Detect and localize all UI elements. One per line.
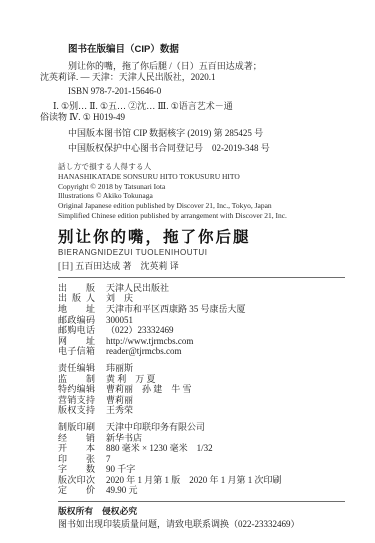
info-row: 邮政编码300051 <box>58 315 347 326</box>
info-label: 特约编辑 <box>58 384 95 395</box>
divider-bottom <box>58 501 345 502</box>
info-row: 版次印次2020 年 1 月第 1 版 2020 年 1 月第 1 次印刷 <box>58 475 347 486</box>
info-label: 字数 <box>58 464 95 475</box>
info-label: 制版印刷 <box>58 422 95 433</box>
quality-notice: 图书如出现印装质量问题，请致电联系调换（022-23332469） <box>58 519 347 531</box>
book-title-pinyin: BIERANGNIDEZUI TUOLENIHOUTUI <box>58 248 347 258</box>
info-row: 制版印刷天津中印联印务有限公司 <box>58 422 347 433</box>
info-value: 天津中印联印务有限公司 <box>106 422 205 432</box>
info-row: 网址http://www.tjrmcbs.com <box>58 336 347 347</box>
info-value: 新华书店 <box>106 433 142 443</box>
info-row: 出版天津人民出版社 <box>58 283 347 294</box>
info-row: 印张7 <box>58 454 347 465</box>
info-label: 营销支持 <box>58 395 95 406</box>
info-value: 天津人民出版社 <box>106 283 169 293</box>
info-row: 责任编辑玮丽斯 <box>58 363 347 374</box>
divider-top <box>58 277 345 278</box>
footer-block: 版权所有 侵权必究 图书如出现印装质量问题，请致电联系调换（022-233324… <box>58 506 347 530</box>
info-row: 营销支持曹莉丽 <box>58 395 347 406</box>
cip-classification: Ⅰ. ①别… Ⅱ. ①五… ②沈… Ⅲ. ①语言艺术－通 俗读物 Ⅳ. ① H0… <box>40 101 347 123</box>
author-translator-byline: [日] 五百田达成 著 沈英莉 译 <box>58 261 347 272</box>
info-value: 300051 <box>106 315 133 325</box>
info-label: 经销 <box>58 433 95 444</box>
info-value: 7 <box>106 454 111 464</box>
info-value: 刘 庆 <box>106 293 133 303</box>
staff-info-list: 责任编辑玮丽斯 监制黄 利 万 夏 特约编辑曹莉丽 孙 建 牛 雪 营销支持曹莉… <box>58 363 347 416</box>
info-label: 印张 <box>58 454 95 465</box>
info-row: 定价49.90 元 <box>58 485 347 496</box>
copyright-line: Copyright © 2018 by Tatsunari Iota <box>58 182 347 192</box>
info-row: 字数90 千字 <box>58 464 347 475</box>
info-value: 880 毫米 × 1230 毫米 1/32 <box>106 443 213 453</box>
info-value: 2020 年 1 月第 1 版 2020 年 1 月第 1 次印刷 <box>106 475 282 485</box>
info-label: 邮政编码 <box>58 315 95 326</box>
title-block: 别让你的嘴，拖了你后腿 BIERANGNIDEZUI TUOLENIHOUTUI… <box>58 229 347 272</box>
info-label: 责任编辑 <box>58 363 95 374</box>
info-value: 曹莉丽 <box>106 395 133 405</box>
copyright-line: 話し方で損する人得する人 <box>58 162 347 172</box>
cip-block: 图书在版编目（CIP）数据 别让你的嘴，拖了你后腿 /（日）五百田达成著； 沈英… <box>40 44 347 154</box>
info-label: 开本 <box>58 443 95 454</box>
info-row: 地址天津市和平区西康路 35 号康岳大厦 <box>58 304 347 315</box>
info-label: 地址 <box>58 304 95 315</box>
info-row: 经销新华书店 <box>58 433 347 444</box>
info-value: 王秀荣 <box>106 405 133 415</box>
info-label: 出版 <box>58 283 95 294</box>
copyright-line: HANASHIKATADE SONSURU HITO TOKUSURU HITO <box>58 172 347 182</box>
cip-heading: 图书在版编目（CIP）数据 <box>68 44 347 55</box>
cip-description-line1: 别让你的嘴，拖了你后腿 /（日）五百田达成著； <box>68 61 347 72</box>
info-row: 特约编辑曹莉丽 孙 建 牛 雪 <box>58 384 347 395</box>
info-row: 电子信箱reader@tjrmcbs.com <box>58 346 347 357</box>
book-title: 别让你的嘴，拖了你后腿 <box>58 229 347 247</box>
info-value: 天津市和平区西康路 35 号康岳大厦 <box>106 304 246 314</box>
isbn-line: ISBN 978-7-201-15646-0 <box>68 86 347 97</box>
info-value: 黄 利 万 夏 <box>106 374 156 384</box>
info-value: 玮丽斯 <box>106 363 133 373</box>
info-label: 电子信箱 <box>58 346 95 357</box>
info-value: （022）23332469 <box>106 325 174 335</box>
info-row: 版权支持王秀荣 <box>58 405 347 416</box>
info-row: 监制黄 利 万 夏 <box>58 374 347 385</box>
info-label: 邮购电话 <box>58 325 95 336</box>
cip-description-line2: 沈英莉译. — 天津：天津人民出版社，2020.1 <box>40 72 347 83</box>
book-copyright-page: 图书在版编目（CIP）数据 别让你的嘴，拖了你后腿 /（日）五百田达成著； 沈英… <box>0 0 375 543</box>
info-label: 监制 <box>58 374 95 385</box>
info-label: 版次印次 <box>58 475 95 486</box>
info-value: reader@tjrmcbs.com <box>106 346 182 356</box>
info-value: http://www.tjrmcbs.com <box>106 336 193 346</box>
info-row: 出版人刘 庆 <box>58 293 347 304</box>
info-label: 出版人 <box>58 293 95 304</box>
cip-classification-line1: Ⅰ. ①别… Ⅱ. ①五… ②沈… Ⅲ. ①语言艺术－通 <box>53 101 347 112</box>
info-value: 49.90 元 <box>106 485 138 495</box>
cip-description: 别让你的嘴，拖了你后腿 /（日）五百田达成著； 沈英莉译. — 天津：天津人民出… <box>40 61 347 83</box>
cip-classification-line2: 俗读物 Ⅳ. ① H019-49 <box>40 112 347 123</box>
production-info-list: 制版印刷天津中印联印务有限公司 经销新华书店 开本880 毫米 × 1230 毫… <box>58 422 347 496</box>
info-label: 网址 <box>58 336 95 347</box>
info-label: 版权支持 <box>58 405 95 416</box>
info-label: 定价 <box>58 485 95 496</box>
info-value: 曹莉丽 孙 建 牛 雪 <box>106 384 192 394</box>
publication-info-list: 出版天津人民出版社 出版人刘 庆 地址天津市和平区西康路 35 号康岳大厦 邮政… <box>58 283 347 357</box>
copyright-registration-number: 中国版权保护中心图书合同登记号 02-2019-348 号 <box>68 143 347 154</box>
cip-record-number: 中国版本图书馆 CIP 数据核字 (2019) 第 285425 号 <box>68 128 347 139</box>
rights-statement: 版权所有 侵权必究 <box>58 506 347 518</box>
info-value: 90 千字 <box>106 464 135 474</box>
original-copyright-block: 話し方で損する人得する人 HANASHIKATADE SONSURU HITO … <box>58 162 347 221</box>
copyright-line: Illustrations © Akiko Tokunaga <box>58 191 347 201</box>
info-row: 开本880 毫米 × 1230 毫米 1/32 <box>58 443 347 454</box>
info-row: 邮购电话（022）23332469 <box>58 325 347 336</box>
copyright-line: Original Japanese edition published by D… <box>58 201 347 211</box>
copyright-line: Simplified Chinese edition published by … <box>58 211 347 221</box>
